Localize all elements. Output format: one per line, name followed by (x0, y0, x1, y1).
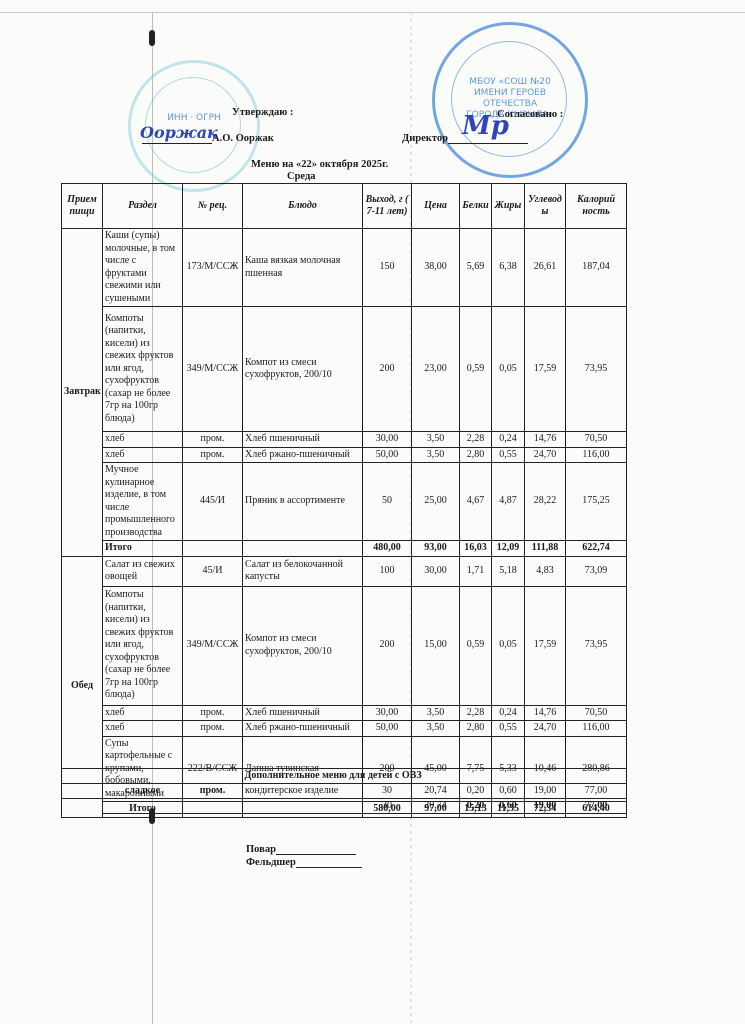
cell-section: Каши (супы) молочные, в том числе с фрук… (103, 229, 183, 307)
cell-protein: 2,80 (460, 721, 492, 737)
cell-dish: Салат из белокочанной капусты (243, 556, 363, 586)
school-stamp-right: МБОУ «СОШ №20 ИМЕНИ ГЕРОЕВ ОТЕЧЕСТВА ГОР… (432, 22, 588, 178)
cell-price: 15,00 (412, 586, 460, 705)
cell-price: 3,50 (412, 721, 460, 737)
cell-section: Компоты (напитки, кисели) из свежих фрук… (103, 307, 183, 432)
menu-title: Меню на «22» октября 2025г. (251, 159, 388, 170)
cell-kcal: 73,95 (566, 307, 627, 432)
extra-menu-total-row: 30 20,74 0,20 0,60 19,00 77,00 (62, 799, 627, 814)
col-yield: Выход, г ( 7-11 лет) (363, 184, 412, 229)
empty-cell (243, 541, 363, 557)
table-row: хлебпром.Хлеб ржано-пшеничный50,003,502,… (62, 447, 627, 463)
cell-yield: 200 (363, 307, 412, 432)
cell-kcal: 116,00 (566, 447, 627, 463)
table-row: Компоты (напитки, кисели) из свежих фрук… (62, 586, 627, 705)
cell-section: хлеб (103, 705, 183, 721)
cell-kcal: 175,25 (566, 463, 627, 541)
total-kcal: 622,74 (566, 541, 627, 557)
cell-fat: 0,24 (492, 705, 525, 721)
cell-yield: 150 (363, 229, 412, 307)
cell-price: 3,50 (412, 447, 460, 463)
cell-protein: 2,28 (460, 705, 492, 721)
cell-dish: Хлеб пшеничный (243, 705, 363, 721)
menu-table: Прием пищи Раздел № рец. Блюдо Выход, г … (61, 183, 627, 818)
extra-menu-title: Дополнительное меню для детей с ОВЗ (243, 769, 627, 784)
cell-yield: 100 (363, 556, 412, 586)
col-kcal: Калорий ность (566, 184, 627, 229)
cell-carbs: 17,59 (525, 307, 566, 432)
paramedic-signature-line: Фельдшер (246, 856, 362, 868)
extra-dish: кондитерское изделие (243, 784, 363, 799)
cell-section: Компоты (напитки, кисели) из свежих фрук… (103, 586, 183, 705)
col-fat: Жиры (492, 184, 525, 229)
cell-kcal: 187,04 (566, 229, 627, 307)
cell-yield: 200 (363, 586, 412, 705)
col-recipe: № рец. (183, 184, 243, 229)
approver-signature: Ооржак (140, 123, 218, 142)
cell-protein: 4,67 (460, 463, 492, 541)
cell-recipe: пром. (183, 705, 243, 721)
cook-label: Повар (246, 844, 276, 855)
cell-dish: Хлеб ржано-пшеничный (243, 721, 363, 737)
cell-section: хлеб (103, 447, 183, 463)
total-yield: 480,00 (363, 541, 412, 557)
cell-dish: Хлеб ржано-пшеничный (243, 447, 363, 463)
cell-protein: 2,28 (460, 432, 492, 448)
cell-section: хлеб (103, 432, 183, 448)
cell-protein: 1,71 (460, 556, 492, 586)
margin-mark (149, 30, 155, 46)
cell-kcal: 73,95 (566, 586, 627, 705)
cell-price: 3,50 (412, 705, 460, 721)
cell-carbs: 14,76 (525, 432, 566, 448)
cell-recipe: 45/И (183, 556, 243, 586)
total-label: Итого (103, 541, 183, 557)
table-row: Компоты (напитки, кисели) из свежих фрук… (62, 307, 627, 432)
extra-protein: 0,20 (460, 784, 492, 799)
cell-fat: 5,18 (492, 556, 525, 586)
cell-recipe: пром. (183, 447, 243, 463)
director-label: Директор (402, 133, 448, 144)
meal-name: Завтрак (62, 229, 103, 557)
director-signature: Мр (462, 111, 509, 141)
col-protein: Белки (460, 184, 492, 229)
table-row: ОбедСалат из свежих овощей45/ИСалат из б… (62, 556, 627, 586)
total-protein: 16,03 (460, 541, 492, 557)
cell-yield: 50,00 (363, 721, 412, 737)
cell-carbs: 4,83 (525, 556, 566, 586)
empty-cell (183, 541, 243, 557)
cell-dish: Каша вязкая молочная пшенная (243, 229, 363, 307)
cell-dish: Хлеб пшеничный (243, 432, 363, 448)
table-row: хлебпром.Хлеб пшеничный30,003,502,280,24… (62, 705, 627, 721)
cell-recipe: 173/М/ССЖ (183, 229, 243, 307)
total-row: Итого480,0093,0016,0312,09111,88622,74 (62, 541, 627, 557)
cell-fat: 6,38 (492, 229, 525, 307)
cell-recipe: 445/И (183, 463, 243, 541)
extra-total-kcal: 77,00 (566, 799, 627, 814)
cell-yield: 50 (363, 463, 412, 541)
extra-total-yield: 30 (363, 799, 412, 814)
total-fat: 12,09 (492, 541, 525, 557)
total-price: 93,00 (412, 541, 460, 557)
col-dish: Блюдо (243, 184, 363, 229)
approve-label: Утверждаю : (232, 107, 293, 118)
extra-yield: 30 (363, 784, 412, 799)
table-row: хлебпром.Хлеб ржано-пшеничный50,003,502,… (62, 721, 627, 737)
cell-kcal: 70,50 (566, 705, 627, 721)
cell-section: Мучное кулинарное изделие, в том числе п… (103, 463, 183, 541)
cell-fat: 4,87 (492, 463, 525, 541)
scan-top-edge (0, 12, 745, 13)
extra-kcal: 77,00 (566, 784, 627, 799)
col-section: Раздел (103, 184, 183, 229)
cell-yield: 30,00 (363, 432, 412, 448)
cell-section: хлеб (103, 721, 183, 737)
approver-name: А.О. Ооржак (212, 133, 274, 144)
cell-protein: 5,69 (460, 229, 492, 307)
col-carbs: Углевод ы (525, 184, 566, 229)
paramedic-label: Фельдшер (246, 857, 296, 868)
cell-price: 30,00 (412, 556, 460, 586)
cell-protein: 2,80 (460, 447, 492, 463)
extra-menu-table: Дополнительное меню для детей с ОВЗ слад… (61, 768, 627, 814)
extra-price: 20,74 (412, 784, 460, 799)
cell-protein: 0,59 (460, 586, 492, 705)
extra-total-price: 20,74 (412, 799, 460, 814)
approver-signature-line: Ооржак А.О. Ооржак (142, 131, 274, 144)
cell-carbs: 17,59 (525, 586, 566, 705)
extra-total-carbs: 19,00 (525, 799, 566, 814)
extra-total-protein: 0,20 (460, 799, 492, 814)
cell-price: 25,00 (412, 463, 460, 541)
cell-protein: 0,59 (460, 307, 492, 432)
extra-section: сладкое (103, 784, 183, 799)
col-price: Цена (412, 184, 460, 229)
cell-carbs: 26,61 (525, 229, 566, 307)
cell-kcal: 116,00 (566, 721, 627, 737)
extra-carbs: 19,00 (525, 784, 566, 799)
cell-kcal: 73,09 (566, 556, 627, 586)
cell-yield: 50,00 (363, 447, 412, 463)
col-meal: Прием пищи (62, 184, 103, 229)
cell-recipe: пром. (183, 721, 243, 737)
cell-price: 3,50 (412, 432, 460, 448)
extra-total-fat: 0,60 (492, 799, 525, 814)
cell-price: 38,00 (412, 229, 460, 307)
cell-fat: 0,55 (492, 721, 525, 737)
extra-fat: 0,60 (492, 784, 525, 799)
cell-carbs: 24,70 (525, 721, 566, 737)
cell-dish: Компот из смеси сухофруктов, 200/10 (243, 307, 363, 432)
cell-carbs: 24,70 (525, 447, 566, 463)
cell-section: Салат из свежих овощей (103, 556, 183, 586)
cell-fat: 0,24 (492, 432, 525, 448)
table-header-row: Прием пищи Раздел № рец. Блюдо Выход, г … (62, 184, 627, 229)
total-carbs: 111,88 (525, 541, 566, 557)
cell-fat: 0,05 (492, 307, 525, 432)
cell-dish: Пряник в ассортименте (243, 463, 363, 541)
weekday: Среда (287, 171, 316, 182)
cell-yield: 30,00 (363, 705, 412, 721)
table-row: хлебпром.Хлеб пшеничный30,003,502,280,24… (62, 432, 627, 448)
cell-kcal: 70,50 (566, 432, 627, 448)
extra-menu-title-row: Дополнительное меню для детей с ОВЗ (62, 769, 627, 784)
director-signature-line: Директор Мр (402, 131, 528, 144)
cell-recipe: пром. (183, 432, 243, 448)
cell-carbs: 28,22 (525, 463, 566, 541)
cell-dish: Компот из смеси сухофруктов, 200/10 (243, 586, 363, 705)
cell-recipe: 349/М/ССЖ (183, 307, 243, 432)
cell-fat: 0,55 (492, 447, 525, 463)
cell-recipe: 349/М/ССЖ (183, 586, 243, 705)
cell-carbs: 14,76 (525, 705, 566, 721)
extra-menu-row: сладкое пром. кондитерское изделие 30 20… (62, 784, 627, 799)
table-row: ЗавтракКаши (супы) молочные, в том числе… (62, 229, 627, 307)
cell-fat: 0,05 (492, 586, 525, 705)
extra-recipe: пром. (183, 784, 243, 799)
cell-price: 23,00 (412, 307, 460, 432)
cook-signature-line: Повар (246, 843, 356, 855)
table-row: Мучное кулинарное изделие, в том числе п… (62, 463, 627, 541)
